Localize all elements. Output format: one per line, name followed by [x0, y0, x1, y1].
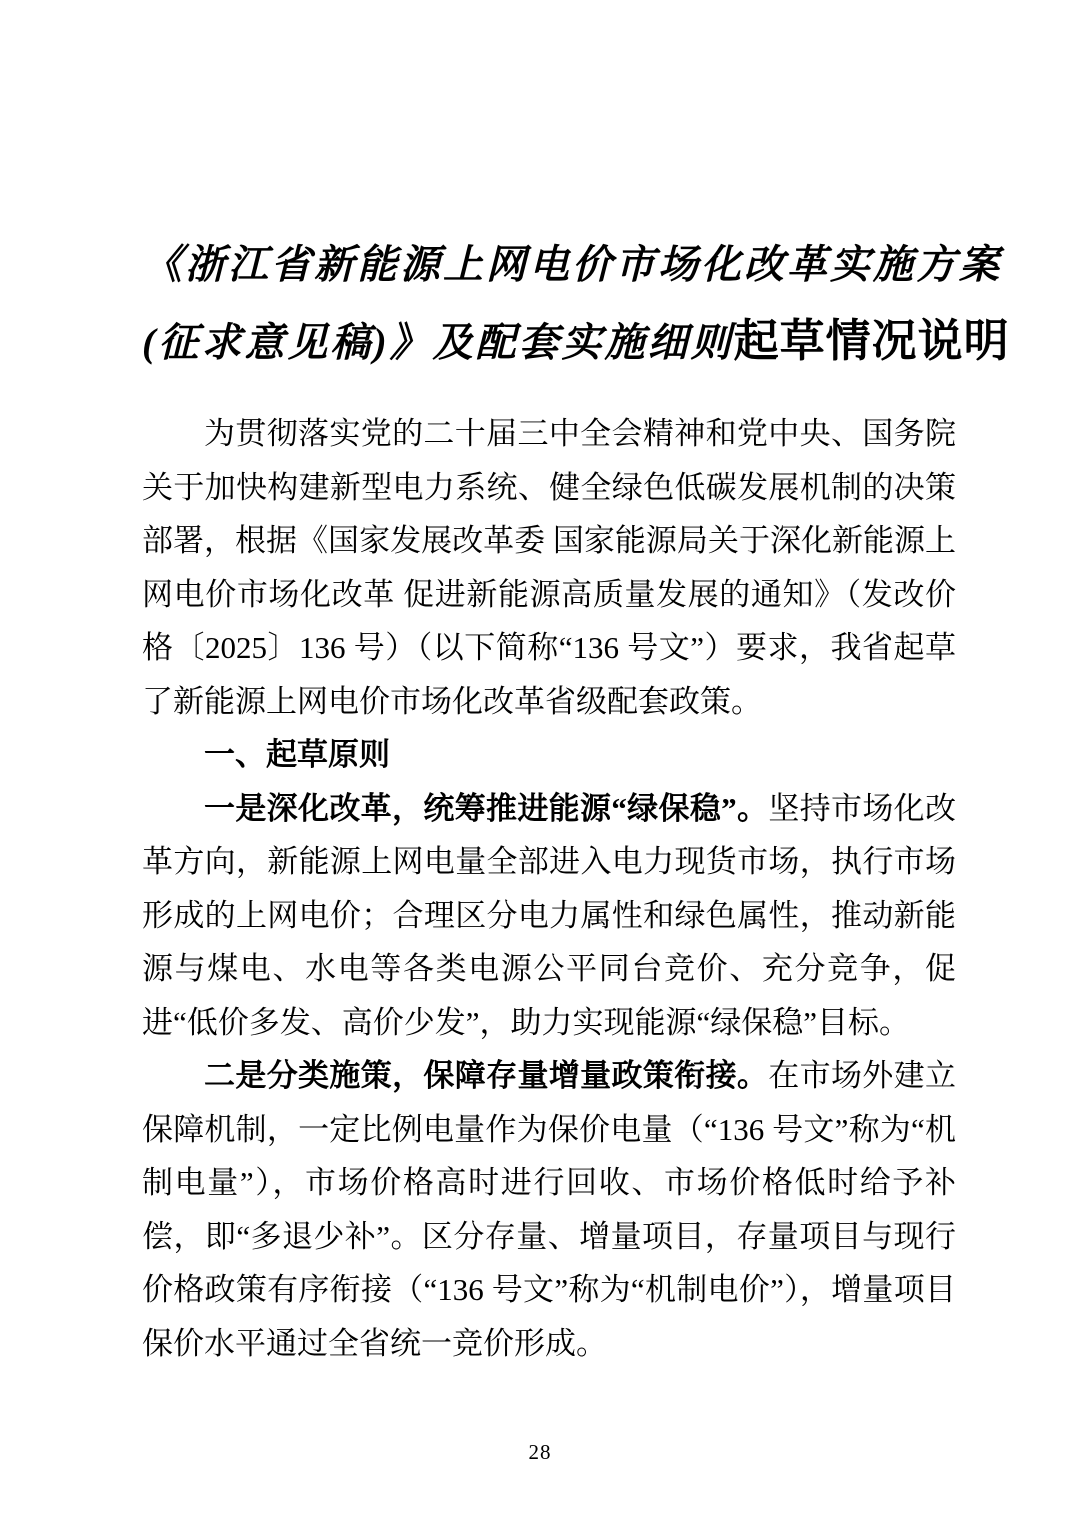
document-text: 为贯彻落实党的二十届三中全会精神和党中央、国务院关于加快构建新型电力系统、健全绿…: [142, 407, 956, 1370]
document-page: 《浙江省新能源上网电价市场化改革实施方案 (征求意见稿)》及配套实施细则起草情况…: [0, 0, 1080, 1527]
paragraph-point1-body: 坚持市场化改革方向，新能源上网电量全部进入电力现货市场，执行市场形成的上网电价；…: [142, 791, 956, 1040]
document-title: 《浙江省新能源上网电价市场化改革实施方案 (征求意见稿)》及配套实施细则起草情况…: [142, 226, 956, 381]
paragraph-point2-lead: 二是分类施策，保障存量增量政策衔接。: [204, 1058, 768, 1093]
document-body: 《浙江省新能源上网电价市场化改革实施方案 (征求意见稿)》及配套实施细则起草情况…: [142, 226, 956, 1370]
paragraph-point2-body: 在市场外建立保障机制，一定比例电量作为保价电量（“136 号文”称为“机制电量”…: [142, 1058, 956, 1361]
paragraph-point1-lead: 一是深化改革，统筹推进能源“绿保稳”。: [204, 791, 768, 826]
document-title-line1: 《浙江省新能源上网电价市场化改革实施方案: [142, 226, 956, 303]
paragraph-intro: 为贯彻落实党的二十届三中全会精神和党中央、国务院关于加快构建新型电力系统、健全绿…: [142, 407, 956, 728]
title-script-part1: 《浙江省新能源上网电价市场化改革实施方案: [142, 242, 1002, 287]
title-bold-suffix: 起草情况说明: [734, 316, 1010, 366]
paragraph-intro-text: 为贯彻落实党的二十届三中全会精神和党中央、国务院关于加快构建新型电力系统、健全绿…: [142, 416, 956, 719]
paragraph-point2: 二是分类施策，保障存量增量政策衔接。在市场外建立保障机制，一定比例电量作为保价电…: [142, 1049, 956, 1370]
document-title-line2: (征求意见稿)》及配套实施细则起草情况说明: [142, 303, 956, 381]
page-number: 28: [0, 1440, 1080, 1465]
section-heading-1-text: 一、起草原则: [204, 737, 390, 772]
title-script-part2: (征求意见稿)》及配套实施细则: [142, 320, 734, 365]
section-heading-1: 一、起草原则: [142, 728, 956, 782]
paragraph-point1: 一是深化改革，统筹推进能源“绿保稳”。坚持市场化改革方向，新能源上网电量全部进入…: [142, 782, 956, 1050]
